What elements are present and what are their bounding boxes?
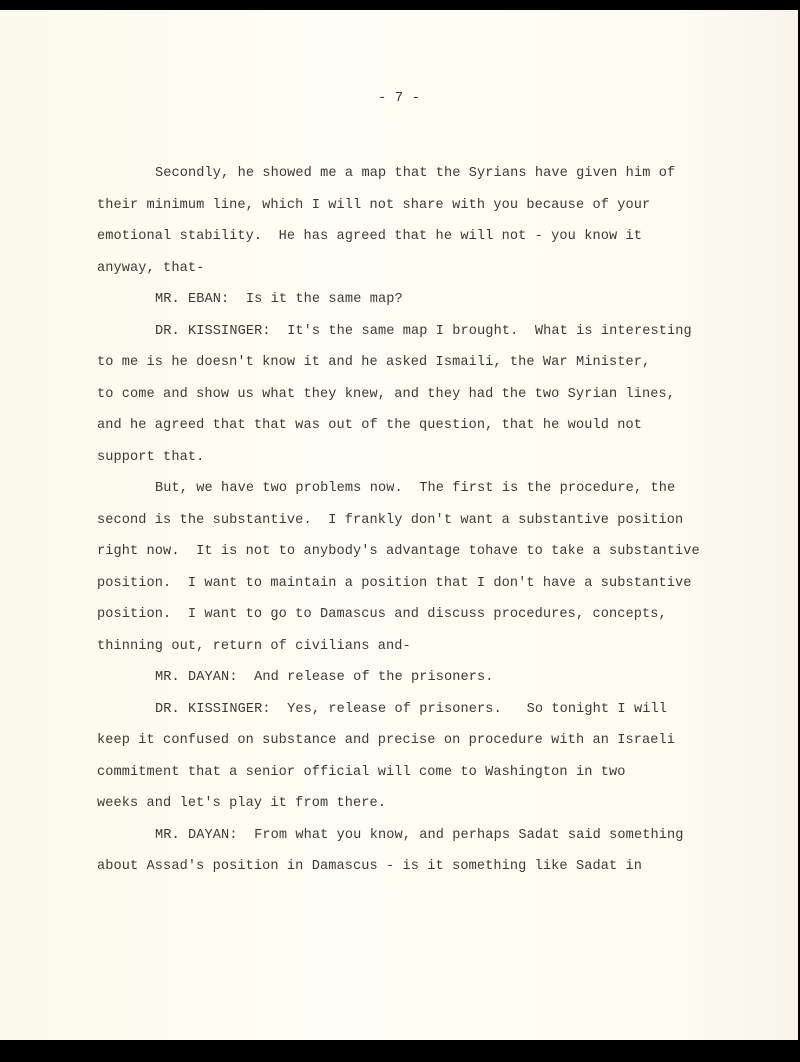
transcript-body: Secondly, he showed me a map that the Sy… <box>97 158 777 883</box>
paragraph: DR. KISSINGER: It's the same map I broug… <box>97 316 777 474</box>
speech-text: And release of the prisoners. <box>238 670 494 685</box>
paragraph: MR. EBAN: Is it the same map? <box>97 284 777 316</box>
speaker-label: MR. EBAN: <box>155 292 229 307</box>
text-line: keep it confused on substance and precis… <box>97 725 777 757</box>
text-line: DR. KISSINGER: Yes, release of prisoners… <box>97 694 777 726</box>
speaker-label: MR. DAYAN: <box>155 670 238 685</box>
text-line: thinning out, return of civilians and- <box>97 631 777 663</box>
text-line: MR. EBAN: Is it the same map? <box>97 284 777 316</box>
text-line: support that. <box>97 442 777 474</box>
text-line: and he agreed that that was out of the q… <box>97 410 777 442</box>
speech-text: Yes, release of prisoners. So tonight I … <box>271 702 667 717</box>
speech-text: Is it the same map? <box>229 292 402 307</box>
speech-text: From what you know, and perhaps Sadat sa… <box>238 828 684 843</box>
text-line: position. I want to maintain a position … <box>97 568 777 600</box>
paragraph: Secondly, he showed me a map that the Sy… <box>97 158 777 284</box>
text-line: But, we have two problems now. The first… <box>97 473 777 505</box>
paragraph: MR. DAYAN: From what you know, and perha… <box>97 820 777 883</box>
text-line: about Assad's position in Damascus - is … <box>97 851 777 883</box>
text-line: anyway, that- <box>97 253 777 285</box>
text-line: commitment that a senior official will c… <box>97 757 777 789</box>
text-line: position. I want to go to Damascus and d… <box>97 599 777 631</box>
text-line: second is the substantive. I frankly don… <box>97 505 777 537</box>
text-line: weeks and let's play it from there. <box>97 788 777 820</box>
document-page: - 7 - Secondly, he showed me a map that … <box>0 10 798 1040</box>
text-line: right now. It is not to anybody's advant… <box>97 536 777 568</box>
speech-text: It's the same map I brought. What is int… <box>271 324 692 339</box>
text-line: their minimum line, which I will not sha… <box>97 190 777 222</box>
paragraph: But, we have two problems now. The first… <box>97 473 777 662</box>
text-line: DR. KISSINGER: It's the same map I broug… <box>97 316 777 348</box>
speaker-label: DR. KISSINGER: <box>155 702 271 717</box>
text-line: emotional stability. He has agreed that … <box>97 221 777 253</box>
paragraph: DR. KISSINGER: Yes, release of prisoners… <box>97 694 777 820</box>
paragraph: MR. DAYAN: And release of the prisoners. <box>97 662 777 694</box>
speaker-label: DR. KISSINGER: <box>155 324 271 339</box>
page-number: - 7 - <box>0 90 798 106</box>
text-line: to me is he doesn't know it and he asked… <box>97 347 777 379</box>
text-line: MR. DAYAN: And release of the prisoners. <box>97 662 777 694</box>
text-line: Secondly, he showed me a map that the Sy… <box>97 158 777 190</box>
text-line: MR. DAYAN: From what you know, and perha… <box>97 820 777 852</box>
speaker-label: MR. DAYAN: <box>155 828 238 843</box>
text-line: to come and show us what they knew, and … <box>97 379 777 411</box>
